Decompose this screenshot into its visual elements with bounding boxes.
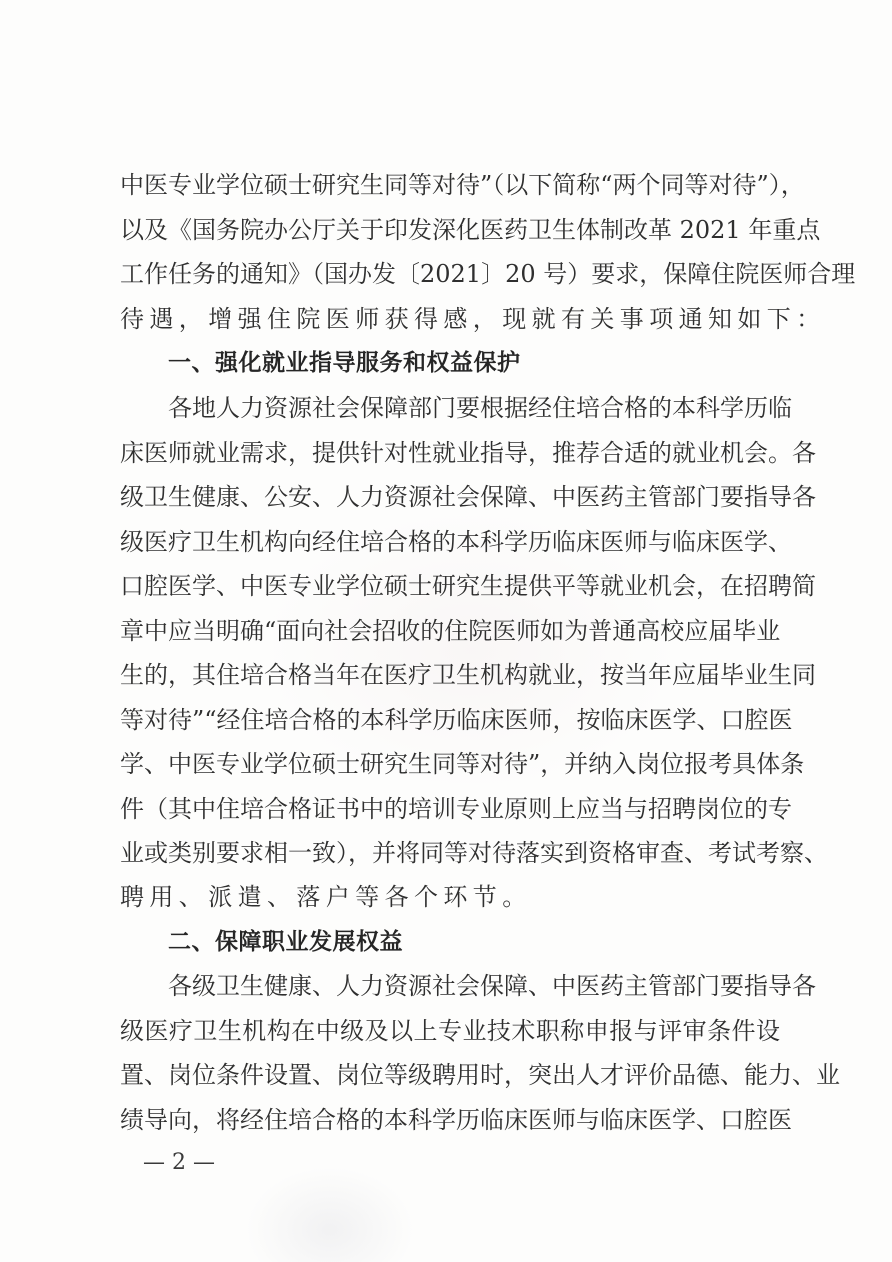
section-2-line: 置、岗位条件设置、岗位等级聘用时，突出人才评价品德、能力、业 <box>120 1059 780 1091</box>
page-number: — 2 — <box>138 1148 220 1178</box>
section-1-line: 生的，其住培合格当年在医疗卫生机构就业，按当年应届毕业生同 <box>120 659 780 691</box>
section-1-line: 章中应当明确“面向社会招收的住院医师如为普通高校应届毕业 <box>120 615 780 647</box>
intro-line: 待遇，增强住院医师获得感，现就有关事项通知如下： <box>120 303 780 335</box>
intro-line: 工作任务的通知》（国办发〔2021〕20 号）要求，保障住院医师合理 <box>120 258 780 290</box>
section-1-line: 件（其中住培合格证书中的培训专业原则上应当与招聘岗位的专 <box>120 793 780 825</box>
section-1-line: 床医师就业需求，提供针对性就业指导，推荐合适的就业机会。各 <box>120 437 780 469</box>
document-page: 中医专业学位硕士研究生同等对待”（以下简称“两个同等对待”）， 以及《国务院办公… <box>0 0 892 1262</box>
section-1-line: 口腔医学、中医专业学位硕士研究生提供平等就业机会，在招聘简 <box>120 570 780 602</box>
section-1-line: 级卫生健康、公安、人力资源社会保障、中医药主管部门要指导各 <box>120 481 780 513</box>
section-heading-2: 二、保障职业发展权益 <box>168 926 780 958</box>
section-1-line: 各地人力资源社会保障部门要根据经住培合格的本科学历临 <box>168 392 780 424</box>
intro-line: 以及《国务院办公厅关于印发深化医药卫生体制改革 2021 年重点 <box>120 214 780 246</box>
section-2-line: 绩导向，将经住培合格的本科学历临床医师与临床医学、口腔医 <box>120 1104 780 1136</box>
section-2-line: 级医疗卫生机构在中级及以上专业技术职称申报与评审条件设 <box>120 1015 780 1047</box>
section-1-line: 聘用、派遣、落户等各个环节。 <box>120 881 780 913</box>
section-1-line: 等对待”“经住培合格的本科学历临床医师，按临床医学、口腔医 <box>120 704 780 736</box>
intro-line: 中医专业学位硕士研究生同等对待”（以下简称“两个同等对待”）， <box>120 169 780 201</box>
section-1-line: 学、中医专业学位硕士研究生同等对待”，并纳入岗位报考具体条 <box>120 748 780 780</box>
section-1-line: 业或类别要求相一致），并将同等对待落实到资格审查、考试考察、 <box>120 837 780 869</box>
section-1-line: 级医疗卫生机构向经住培合格的本科学历临床医师与临床医学、 <box>120 526 780 558</box>
section-heading-1: 一、强化就业指导服务和权益保护 <box>168 347 780 379</box>
section-2-line: 各级卫生健康、人力资源社会保障、中医药主管部门要指导各 <box>168 970 780 1002</box>
